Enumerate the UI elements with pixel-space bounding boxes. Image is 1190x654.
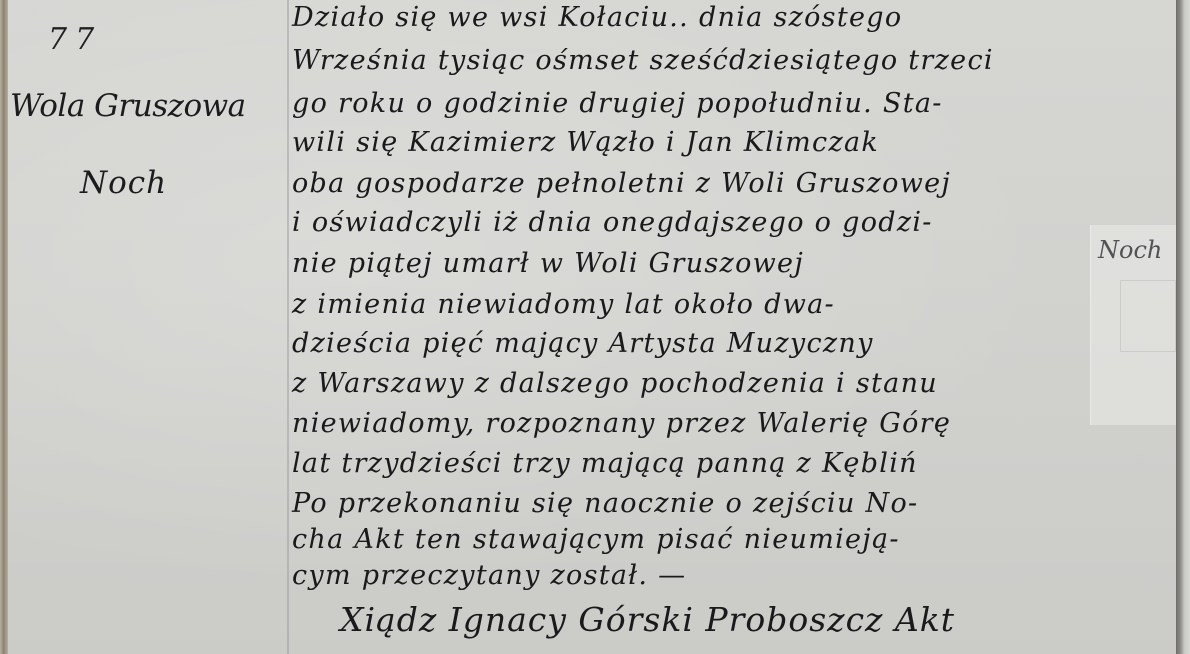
stamp-frame <box>1120 280 1176 352</box>
body-line: dzieścia pięć mający Artysta Muzyczny <box>292 328 874 359</box>
body-line: cha Akt ten stawającym pisać nieumieją- <box>292 524 900 555</box>
act-number: 77 <box>48 22 102 57</box>
village-name: Wola Gruszowa <box>10 88 246 124</box>
deceased-surname: Noch <box>80 165 167 201</box>
body-line: wili się Kazimierz Wązło i Jan Klimczak <box>292 127 879 158</box>
margin-rule <box>287 0 289 654</box>
body-line: niewiadomy, rozpoznany przez Walerię Gór… <box>292 408 951 439</box>
body-line: oba gospodarze pełnoletni z Woli Gruszow… <box>292 168 951 199</box>
body-line: Września tysiąc ośmset sześćdziesiątego … <box>292 45 994 76</box>
body-line: lat trzydzieści trzy mającą panną z Kębl… <box>292 448 918 479</box>
priest-signature: Xiądz Ignacy Górski Proboszcz Akt <box>340 600 955 639</box>
body-line: cym przeczytany został. — <box>292 560 686 591</box>
body-line: Działo się we wsi Kołaciu.. dnia szósteg… <box>292 2 902 33</box>
body-line: go roku o godzinie drugiej popołudniu. S… <box>292 88 943 119</box>
margin-annotation: Noch <box>1098 236 1162 264</box>
body-line: i oświadczyli iż dnia onegdajszego o god… <box>292 207 933 238</box>
body-line: z imienia niewiadomy lat około dwa- <box>292 289 835 320</box>
binding-edge <box>0 0 8 654</box>
body-line: z Warszawy z dalszego pochodzenia i stan… <box>292 368 938 399</box>
body-line: Po przekonaniu się naocznie o zejściu No… <box>292 488 918 519</box>
page-edge-right <box>1176 0 1190 654</box>
body-line: nie piątej umarł w Woli Gruszowej <box>292 248 804 279</box>
document-page: 77 Wola Gruszowa Noch Działo się we wsi … <box>0 0 1190 654</box>
